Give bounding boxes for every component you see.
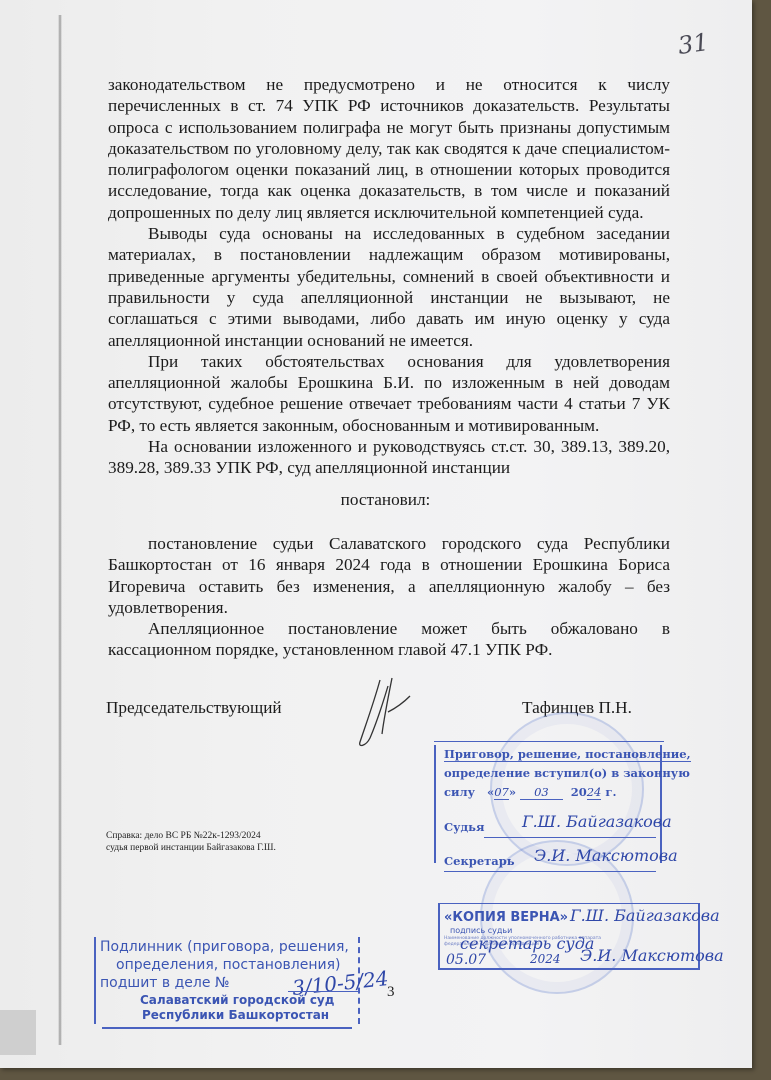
body-text: законодательством не предусмотрено и не … bbox=[108, 74, 670, 479]
resolution-text: постановление судьи Салаватского городск… bbox=[108, 533, 670, 661]
case-number-underline bbox=[288, 991, 358, 992]
presiding-title: Председательствующий bbox=[106, 698, 282, 718]
presiding-signature-icon bbox=[352, 672, 432, 752]
stamp-judge-name: Г.Ш. Байгазакова bbox=[522, 812, 672, 831]
original-republic-name: Республики Башкортостан bbox=[142, 1008, 329, 1022]
reference-line-1: Справка: дело ВС РБ №22к-1293/2024 bbox=[106, 830, 276, 842]
stamp-judge-label: Судья bbox=[444, 818, 484, 837]
copy-officer-name: Э.И. Максютова bbox=[580, 946, 724, 965]
page-fold-shadow bbox=[0, 1010, 36, 1055]
stamp-secretary-label: Секретарь bbox=[444, 852, 515, 871]
certified-copy-stamp: «КОПИЯ ВЕРНА» подпись судьи Наименование… bbox=[438, 903, 700, 970]
paragraph-4: На основании изложенного и руководствуяс… bbox=[108, 436, 670, 479]
handwritten-page-mark: 31 bbox=[676, 28, 710, 60]
paragraph-3: При таких обстоятельствах основания для … bbox=[108, 351, 670, 436]
resolution-paragraph-2: Апелляционное постановление может быть о… bbox=[108, 618, 670, 661]
stamp-top-line bbox=[434, 741, 664, 742]
entry-into-force-stamp: Приговор, решение, постановление, опреде… bbox=[434, 745, 662, 863]
page-number: 3 bbox=[387, 984, 395, 1001]
secretary-line bbox=[444, 871, 656, 872]
paragraph-1: законодательством не предусмотрено и не … bbox=[108, 74, 670, 223]
copy-position: секретарь суда bbox=[460, 934, 594, 953]
resolution-paragraph-1: постановление судьи Салаватского городск… bbox=[108, 533, 670, 618]
paragraph-2: Выводы суда основаны на исследованных в … bbox=[108, 223, 670, 351]
judge-line bbox=[484, 837, 656, 838]
original-court-name: Салаватский городской суд bbox=[140, 993, 334, 1007]
stamp-line-1: Приговор, решение, постановление, bbox=[444, 747, 691, 762]
original-line-3: подшит в деле № bbox=[100, 975, 229, 991]
original-line-1: Подлинник (приговора, решения, bbox=[100, 939, 349, 955]
page-fold-line bbox=[58, 15, 62, 1045]
case-reference: Справка: дело ВС РБ №22к-1293/2024 судья… bbox=[106, 830, 276, 854]
stamp-day: 07 bbox=[494, 785, 509, 800]
stamp-year-prefix: 20 bbox=[571, 785, 587, 799]
copy-year: 2024 bbox=[530, 952, 561, 966]
resolve-heading: постановил: bbox=[0, 490, 771, 510]
stamp-secretary-name: Э.И. Максютова bbox=[534, 846, 678, 865]
copy-judge-name: Г.Ш. Байгазакова bbox=[570, 906, 720, 925]
original-line-2: определения, постановления) bbox=[116, 957, 340, 973]
stamp-line-2: определение вступил(о) в законную bbox=[444, 766, 690, 780]
stamp-force-label: силу bbox=[444, 785, 475, 799]
original-stamp-bottom-line bbox=[102, 1027, 352, 1029]
document-page: 31 законодательством не предусмотрено и … bbox=[0, 0, 752, 1068]
stamp-year-unit: г. bbox=[605, 785, 616, 799]
stamp-year-suffix: 24 bbox=[587, 785, 602, 800]
copy-stamp-title: «КОПИЯ ВЕРНА» bbox=[444, 910, 568, 925]
reference-line-2: судья первой инстанции Байгазакова Г.Ш. bbox=[106, 842, 276, 854]
copy-date: 05.07 bbox=[446, 952, 486, 968]
stamp-month: 03 bbox=[520, 785, 563, 800]
original-filed-stamp: Подлинник (приговора, решения, определен… bbox=[94, 937, 360, 1024]
